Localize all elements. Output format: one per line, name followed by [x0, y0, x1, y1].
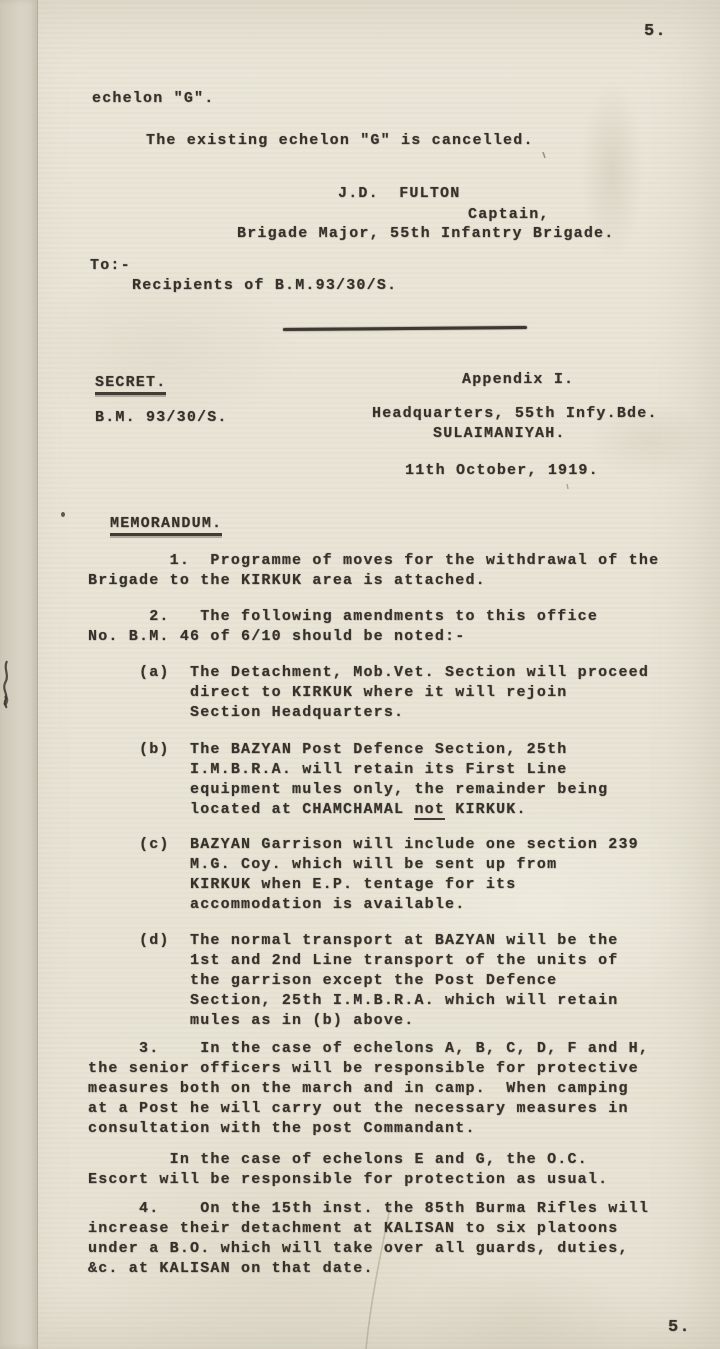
paragraph-line: 2. The following amendments to this offi… — [88, 607, 598, 627]
paragraph-line: 1. Programme of moves for the withdrawal… — [88, 551, 659, 571]
scanned-memorandum-page: 5. echelon "G". The existing echelon "G"… — [0, 0, 720, 1349]
memo-paragraph-2: 2. The following amendments to this offi… — [88, 607, 598, 647]
headquarters-line: Headquarters, 55th Infy.Bde. — [372, 404, 658, 424]
echelon-line: echelon "G". — [92, 89, 214, 109]
location-line: SULAIMANIYAH. — [433, 424, 566, 444]
paragraph-line: 3. In the case of echelons A, B, C, D, F… — [88, 1039, 649, 1059]
paragraph-line: (a) The Detachment, Mob.Vet. Section wil… — [88, 663, 649, 683]
classification-heading: SECRET. — [95, 373, 166, 393]
paragraph-line: Brigade to the KIRKUK area is attached. — [88, 571, 659, 591]
paragraph-line: the garrison except the Post Defence — [88, 971, 618, 991]
paragraph-line-with-underline: located at CHAMCHAMAL not KIRKUK. — [88, 800, 608, 820]
signature-title: Brigade Major, 55th Infantry Brigade. — [237, 224, 614, 244]
underlined-word: not — [414, 801, 445, 820]
signature-name: J.D. FULTON — [338, 184, 460, 204]
paragraph-line: the senior officers will be responsible … — [88, 1059, 649, 1079]
line-segment: KIRKUK. — [445, 801, 527, 818]
cancellation-line: The existing echelon "G" is cancelled. — [146, 131, 534, 151]
memo-paragraph-3-continued: In the case of echelons E and G, the O.C… — [88, 1150, 608, 1190]
line-segment: located at CHAMCHAMAL — [88, 801, 414, 818]
page-left-edge — [0, 0, 38, 1349]
paragraph-line: accommodation is available. — [88, 895, 639, 915]
paragraph-line: M.G. Coy. which will be sent up from — [88, 855, 639, 875]
memo-paragraph-4: 4. On the 15th inst. the 85th Burma Rifl… — [88, 1199, 649, 1279]
memo-item-c: (c) BAZYAN Garrison will include one sec… — [88, 835, 639, 915]
page-number-bottom: 5. — [668, 1318, 691, 1338]
memorandum-text: MEMORANDUM. — [110, 515, 222, 536]
paragraph-line: mules as in (b) above. — [88, 1011, 618, 1031]
reference-number: B.M. 93/30/S. — [95, 408, 228, 428]
paragraph-line: KIRKUK when E.P. tentage for its — [88, 875, 639, 895]
classification-text: SECRET. — [95, 374, 166, 395]
paragraph-line: consultation with the post Commandant. — [88, 1119, 649, 1139]
paragraph-line: Section Headquarters. — [88, 703, 649, 723]
paragraph-line: 1st and 2nd Line transport of the units … — [88, 951, 618, 971]
signature-rank: Captain, — [468, 205, 550, 225]
paragraph-line: In the case of echelons E and G, the O.C… — [88, 1150, 608, 1170]
memo-item-a: (a) The Detachment, Mob.Vet. Section wil… — [88, 663, 649, 723]
small-ink-speck-2 — [567, 484, 568, 489]
paragraph-line: I.M.B.R.A. will retain its First Line — [88, 760, 608, 780]
paragraph-line: (b) The BAZYAN Post Defence Section, 25t… — [88, 740, 608, 760]
paragraph-line: &c. at KALISAN on that date. — [88, 1259, 649, 1279]
memo-item-b: (b) The BAZYAN Post Defence Section, 25t… — [88, 740, 608, 820]
memorandum-heading: MEMORANDUM. — [110, 514, 222, 534]
memo-paragraph-1: 1. Programme of moves for the withdrawal… — [88, 551, 659, 591]
page-number-top: 5. — [644, 22, 667, 42]
appendix-label: Appendix I. — [462, 370, 574, 390]
stray-ink-dot — [61, 512, 65, 517]
memo-item-d: (d) The normal transport at BAZYAN will … — [88, 931, 618, 1031]
paragraph-line: direct to KIRKUK where it will rejoin — [88, 683, 649, 703]
paragraph-line: (d) The normal transport at BAZYAN will … — [88, 931, 618, 951]
paragraph-line: 4. On the 15th inst. the 85th Burma Rifl… — [88, 1199, 649, 1219]
paragraph-line: (c) BAZYAN Garrison will include one sec… — [88, 835, 639, 855]
paragraph-line: Section, 25th I.M.B.R.A. which will reta… — [88, 991, 618, 1011]
to-recipient: Recipients of B.M.93/30/S. — [132, 276, 397, 296]
paragraph-line: at a Post he will carry out the necessar… — [88, 1099, 649, 1119]
memo-paragraph-3: 3. In the case of echelons A, B, C, D, F… — [88, 1039, 649, 1139]
paragraph-line: Escort will be responsible for protectio… — [88, 1170, 608, 1190]
date-line: 11th October, 1919. — [405, 461, 599, 481]
paragraph-line: under a B.O. which will take over all gu… — [88, 1239, 649, 1259]
to-label: To:- — [90, 256, 131, 276]
section-divider-rule — [283, 326, 527, 331]
paragraph-line: No. B.M. 46 of 6/10 should be noted:- — [88, 627, 598, 647]
paragraph-line: increase their detachment at KALISAN to … — [88, 1219, 649, 1239]
paragraph-line: equipment mules only, the remainder bein… — [88, 780, 608, 800]
paragraph-line: measures both on the march and in camp. … — [88, 1079, 649, 1099]
small-ink-speck-1 — [543, 152, 545, 158]
